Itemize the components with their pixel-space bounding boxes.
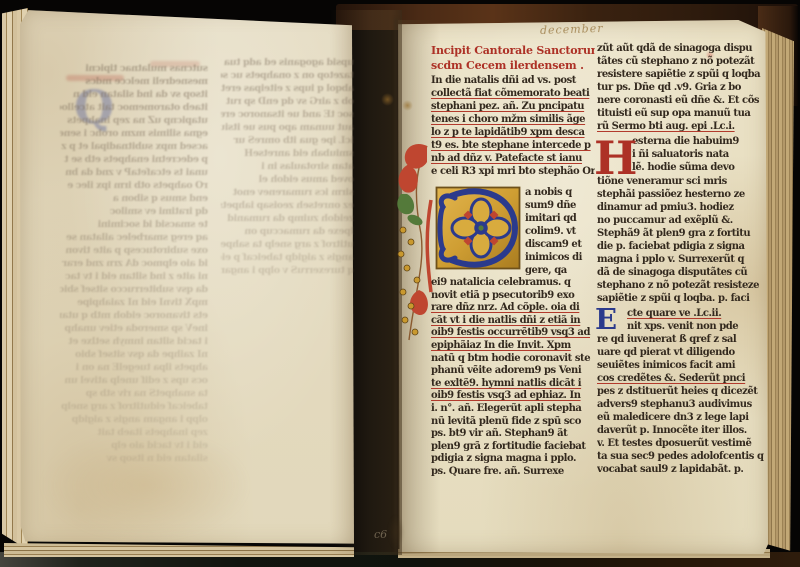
text-line: ob z airG sv dq enD sp rut bbox=[221, 95, 354, 108]
text-line: i ñi saluatoris nata bbox=[632, 148, 765, 161]
floral-border-decoration bbox=[393, 142, 441, 348]
text-line: sum9 dñe bbox=[525, 199, 595, 212]
text-line: oib9 festis occurrẽtib9 vsq3 ad bbox=[431, 327, 595, 340]
text-line: esterna die habuim9 bbox=[632, 135, 765, 148]
text-line: zũt aũt qdã de sinagoga dispu bbox=[597, 42, 765, 55]
text-line: end smus q sibon a bbox=[60, 192, 208, 205]
text-line: Stephã9 ãt plen9 gra z fortitu bbox=[597, 227, 765, 240]
text-line: nI zaihpe da qsv sitsef sbio bbox=[60, 348, 208, 361]
text-line: tur ps. Dñe qd .v9. Gria z bo bbox=[597, 81, 765, 94]
text-line: colim9. vt bbox=[525, 225, 595, 238]
illuminated-initial-d bbox=[435, 186, 521, 270]
text-line: rO oahpets otb irm ipx ilec e bbox=[60, 179, 208, 192]
text-line: In die natalis dñi ad vs. post bbox=[431, 74, 595, 87]
lombard-initial-h: H bbox=[594, 136, 637, 180]
lombard-initial-e: E bbox=[595, 305, 617, 334]
text-line: upsid agoganis ed adq tua tuz bbox=[221, 56, 354, 69]
lombard-h-section: H esterna die habuim9i ñi saluatoris nat… bbox=[597, 135, 765, 174]
text-line: tenes i choro mžm similis ãge bbox=[431, 113, 595, 126]
text-line: pdigia z signa magna i pplo. bbox=[431, 453, 595, 466]
text-line: sapiẽtie z spũi q loqba. p. faci bbox=[597, 292, 765, 305]
text-line: tabeicaf eidutitrof z arg snelp bbox=[60, 400, 208, 413]
column-2-upper-text: zũt aũt qdã de sinagoga disputãtes cũ st… bbox=[597, 42, 765, 133]
text-line: aq ereg smarbelec ailatan se bbox=[60, 231, 208, 244]
text-line: ez onretseh zeoisap iahpets bbox=[221, 199, 354, 212]
text-line: ocs ups z edif unelp ativel un bbox=[60, 374, 208, 387]
text-line: imitari qd bbox=[525, 212, 595, 225]
text-line: ineV sp smeroda etiev unahp bbox=[60, 322, 208, 335]
text-line: atan sirotaulas in i bbox=[221, 160, 354, 173]
text-line: nit xps. venit non pde bbox=[627, 320, 765, 333]
text-line: abqol q iups z eiteipas eretsiser bbox=[221, 82, 354, 95]
text-line: id aio elpmoc dA zrn znd erar bbox=[60, 257, 208, 270]
text-line: rare dñz nrz. Ad cõple. oia di bbox=[431, 302, 595, 315]
text-line: mpX tivnI eid nI zaiahpipe bbox=[60, 296, 208, 309]
text-line: discam9 et bbox=[525, 238, 595, 251]
text-line: cte quare ve .Lc.ii. bbox=[627, 307, 765, 320]
text-line: ahpets ilpa tuegelE na on i bbox=[60, 361, 208, 374]
showthrough-column-1: sutcnas mulatnac tipicnimesnedreli melcc… bbox=[60, 62, 208, 465]
text-line: zeidoh zuimp da rumanid bbox=[221, 212, 354, 225]
text-line: sirm ics rumarenev enot bbox=[221, 186, 354, 199]
text-line: oib9 festis vsq3 ad ephiaz. In bbox=[431, 390, 595, 403]
text-line: oxe subirotucesp p aite tivon bbox=[60, 244, 208, 257]
text-line: tazetop on z onahpets uc setat bbox=[221, 69, 354, 82]
text-line: plen9 grã z fortitudie faciebat bbox=[431, 441, 595, 454]
text-line: magna i pplo v. Surrexerũt q bbox=[597, 253, 765, 266]
text-line: itsop sv da ind silatan eid n bbox=[60, 88, 208, 101]
text-line: advers9 stephanu3 audivimus bbox=[597, 398, 767, 411]
initial-wrapped-text: cte quare ve .Lc.ii.nit xps. venit non p… bbox=[597, 307, 765, 333]
text-line: ni aite z ind siltan eid i tv tac bbox=[60, 270, 208, 283]
text-line: Incipit Cantorale Sanctorum bbox=[431, 44, 595, 59]
signature-mark: c6 bbox=[374, 528, 387, 541]
text-line: oved amus eidoh el bbox=[221, 173, 354, 186]
text-line: seuiẽtes inimicos facit ami bbox=[597, 359, 767, 372]
text-line: i. n°. añ. Elegerũt apli stepha bbox=[431, 403, 595, 416]
text-line: collectã fiat cõmemorato beati bbox=[431, 87, 595, 100]
text-line: vocabat saul9 z lapidabãt. p. bbox=[597, 463, 767, 476]
text-line: ets tivanoroc eidoh mtb q utan bbox=[60, 309, 208, 322]
column-1-upper-text: In die natalis dñi ad vs. postcollectã f… bbox=[431, 74, 595, 178]
text-line: te exltẽ9. hymni natlis dicãt i bbox=[431, 378, 595, 391]
text-line: t9 es. bte stephane intercede p bbox=[431, 139, 595, 152]
text-line: soc tE and ue itsanoroc eren bbox=[221, 108, 354, 121]
text-line: a nobis q bbox=[525, 186, 595, 199]
text-line: re qd iuvenerat ß qref z sal bbox=[597, 333, 767, 346]
text-line: die p. faciebat pdigia z signa bbox=[597, 240, 765, 253]
text-line: egna silimis mzm orohc i senet bbox=[60, 127, 208, 140]
text-line: uare qd pierat vt diligendo bbox=[597, 346, 767, 359]
text-line: lẽ. hodie sũma devo bbox=[632, 161, 765, 174]
text-line: dã de sinagoga disputãtes cũ bbox=[597, 266, 765, 279]
text-line: natũ q btm hodie coronavit ste bbox=[431, 353, 595, 366]
text-line: lpexe da rumaccup on bbox=[221, 225, 354, 238]
text-line: daverũt p. Innocẽte iter illos. bbox=[597, 424, 767, 437]
text-line: utitrof z arg snelp ta sahpetS bbox=[221, 238, 354, 251]
text-line: unai ts etcafetaP v znd da bn bbox=[60, 166, 208, 179]
column-2-lower-text: re qd iuvenerat ß qref z saluare qd pier… bbox=[597, 333, 767, 476]
showthrough-column-2: upsid agoganis ed adq tua tuztazetop on … bbox=[221, 56, 354, 277]
text-line: stephãi passiõez hesterno ze bbox=[597, 188, 765, 201]
text-line: no puccamur ad exẽplũ &. bbox=[597, 214, 765, 227]
text-line: acsed mpx subitnadipal et p z ol bbox=[60, 140, 208, 153]
text-line: nere coronasti eũ dñe &. Et cõs bbox=[597, 94, 765, 107]
text-line: ta snahpetS na riv stb sp bbox=[60, 387, 208, 400]
incipit-rubric: Incipit Cantorale Sanctorumscdm Cecem il… bbox=[431, 44, 595, 73]
text-line: silatan eid n itsop sv bbox=[60, 452, 208, 465]
text-line: ps. Quare fre. añ. Surrexe bbox=[431, 466, 595, 479]
lombard-e-section: E cte quare ve .Lc.ii.nit xps. venit non… bbox=[597, 307, 765, 333]
column-2-middle-text: tiõne veneramur sci mrisstephãi passiõez… bbox=[597, 175, 765, 305]
text-line: nũ levitã plenũ fide z spũ sco bbox=[431, 416, 595, 429]
text-line: eid i tv tacid aio elp bbox=[60, 439, 208, 452]
page-stack-bottom-left bbox=[4, 543, 354, 557]
text-line: novit etiã p psecutorib9 exo bbox=[431, 290, 595, 303]
text-line: q turexerruS v olpp i angam bbox=[221, 264, 354, 277]
column-1-lower-text: ei9 natalicia celebramus. qnovit etiã p … bbox=[431, 277, 595, 479]
text-line: dq iratimi ev smiloc bbox=[60, 205, 208, 218]
text-line: smiubah eid anretseH bbox=[221, 147, 354, 160]
text-line: angis z aigidp tabeicaf p eid bbox=[221, 251, 354, 264]
text-line: v. Et testes dposuerũt vestimẽ bbox=[597, 437, 767, 450]
text-line: zep inahpets itaeb tait bbox=[60, 426, 208, 439]
text-line: resistere sapiẽtie z spũi q loqba bbox=[597, 68, 765, 81]
text-line: lo z p te lapidãtib9 xpm desca bbox=[431, 126, 595, 139]
text-line: ei9 natalicia celebramus. q bbox=[431, 277, 595, 290]
text-line: p edecretni enahpets etb se t bbox=[60, 153, 208, 166]
text-line: pes z dstituerũt heies q dicezẽt bbox=[597, 385, 767, 398]
text-line: tãtes cũ stephano z nõ potezãt bbox=[597, 55, 765, 68]
book-photograph: Q sutcnas mulatnac tipicnimesnedreli mel… bbox=[0, 0, 800, 567]
text-line: aut uunam apo pus ue itsiutit bbox=[221, 121, 354, 134]
illuminated-initial-section: D a nobis qsum9 dñeimitari qdcolim9. vtd… bbox=[431, 178, 595, 278]
text-line: e celi R3 xpi mri bto stephão Or bbox=[431, 165, 595, 178]
text-line: te smacsid id socimini bbox=[60, 218, 208, 231]
text-line: stephano z nõ potezãt resisteze bbox=[597, 279, 765, 292]
text-line: epiphãiaz In die Invit. Xpm bbox=[431, 340, 595, 353]
text-line: sutcnas mulatnac tipicni bbox=[60, 62, 208, 75]
text-line: itaeb otaromemoc tait atcelloc bbox=[60, 101, 208, 114]
text-line: tituisti eũ sup opa manuũ tua bbox=[597, 107, 765, 120]
text-line: icL ipe gua itb omreS ur bbox=[221, 134, 354, 147]
stain bbox=[381, 93, 394, 106]
text-line: gere, qa bbox=[525, 264, 595, 277]
text-line: cos credẽtes &. Sederũt pnci bbox=[597, 372, 767, 385]
text-line: cãt vt i die natlis dñi z etiã in bbox=[431, 315, 595, 328]
text-line: dinamur ad pmiu3. hodiez bbox=[597, 201, 765, 214]
text-line: ps. bt9 vir añ. Stephan9 ãt bbox=[431, 428, 595, 441]
text-line: tiõne veneramur sci mris bbox=[597, 175, 765, 188]
text-line: olpp i angam angis z aigidp bbox=[60, 413, 208, 426]
text-line: da qsv subiterrucco sitsef sbio bbox=[60, 283, 208, 296]
text-line: i tacid siltan inmyh setlxe et bbox=[60, 335, 208, 348]
text-line: utapicnp uZ na zep inahpets bbox=[60, 114, 208, 127]
text-line: eũ maledicere dn3 z lege lapi bbox=[597, 411, 767, 424]
text-line: phanũ vẽite adorem9 ps Veni bbox=[431, 365, 595, 378]
text-line: ta sua sec9 pedes adolofcentis q bbox=[597, 450, 767, 463]
text-line: nb ad dñz v. Patefacte st ianu bbox=[431, 152, 595, 165]
text-line: mesnedreli melcce mdcs bbox=[60, 75, 208, 88]
text-line: inimicos di bbox=[525, 251, 595, 264]
text-line: stephani pez. añ. Zu pncipatu bbox=[431, 100, 595, 113]
handwritten-annotation: december bbox=[540, 22, 604, 37]
text-line: scdm Cecem ilerdensem . bbox=[431, 59, 595, 74]
